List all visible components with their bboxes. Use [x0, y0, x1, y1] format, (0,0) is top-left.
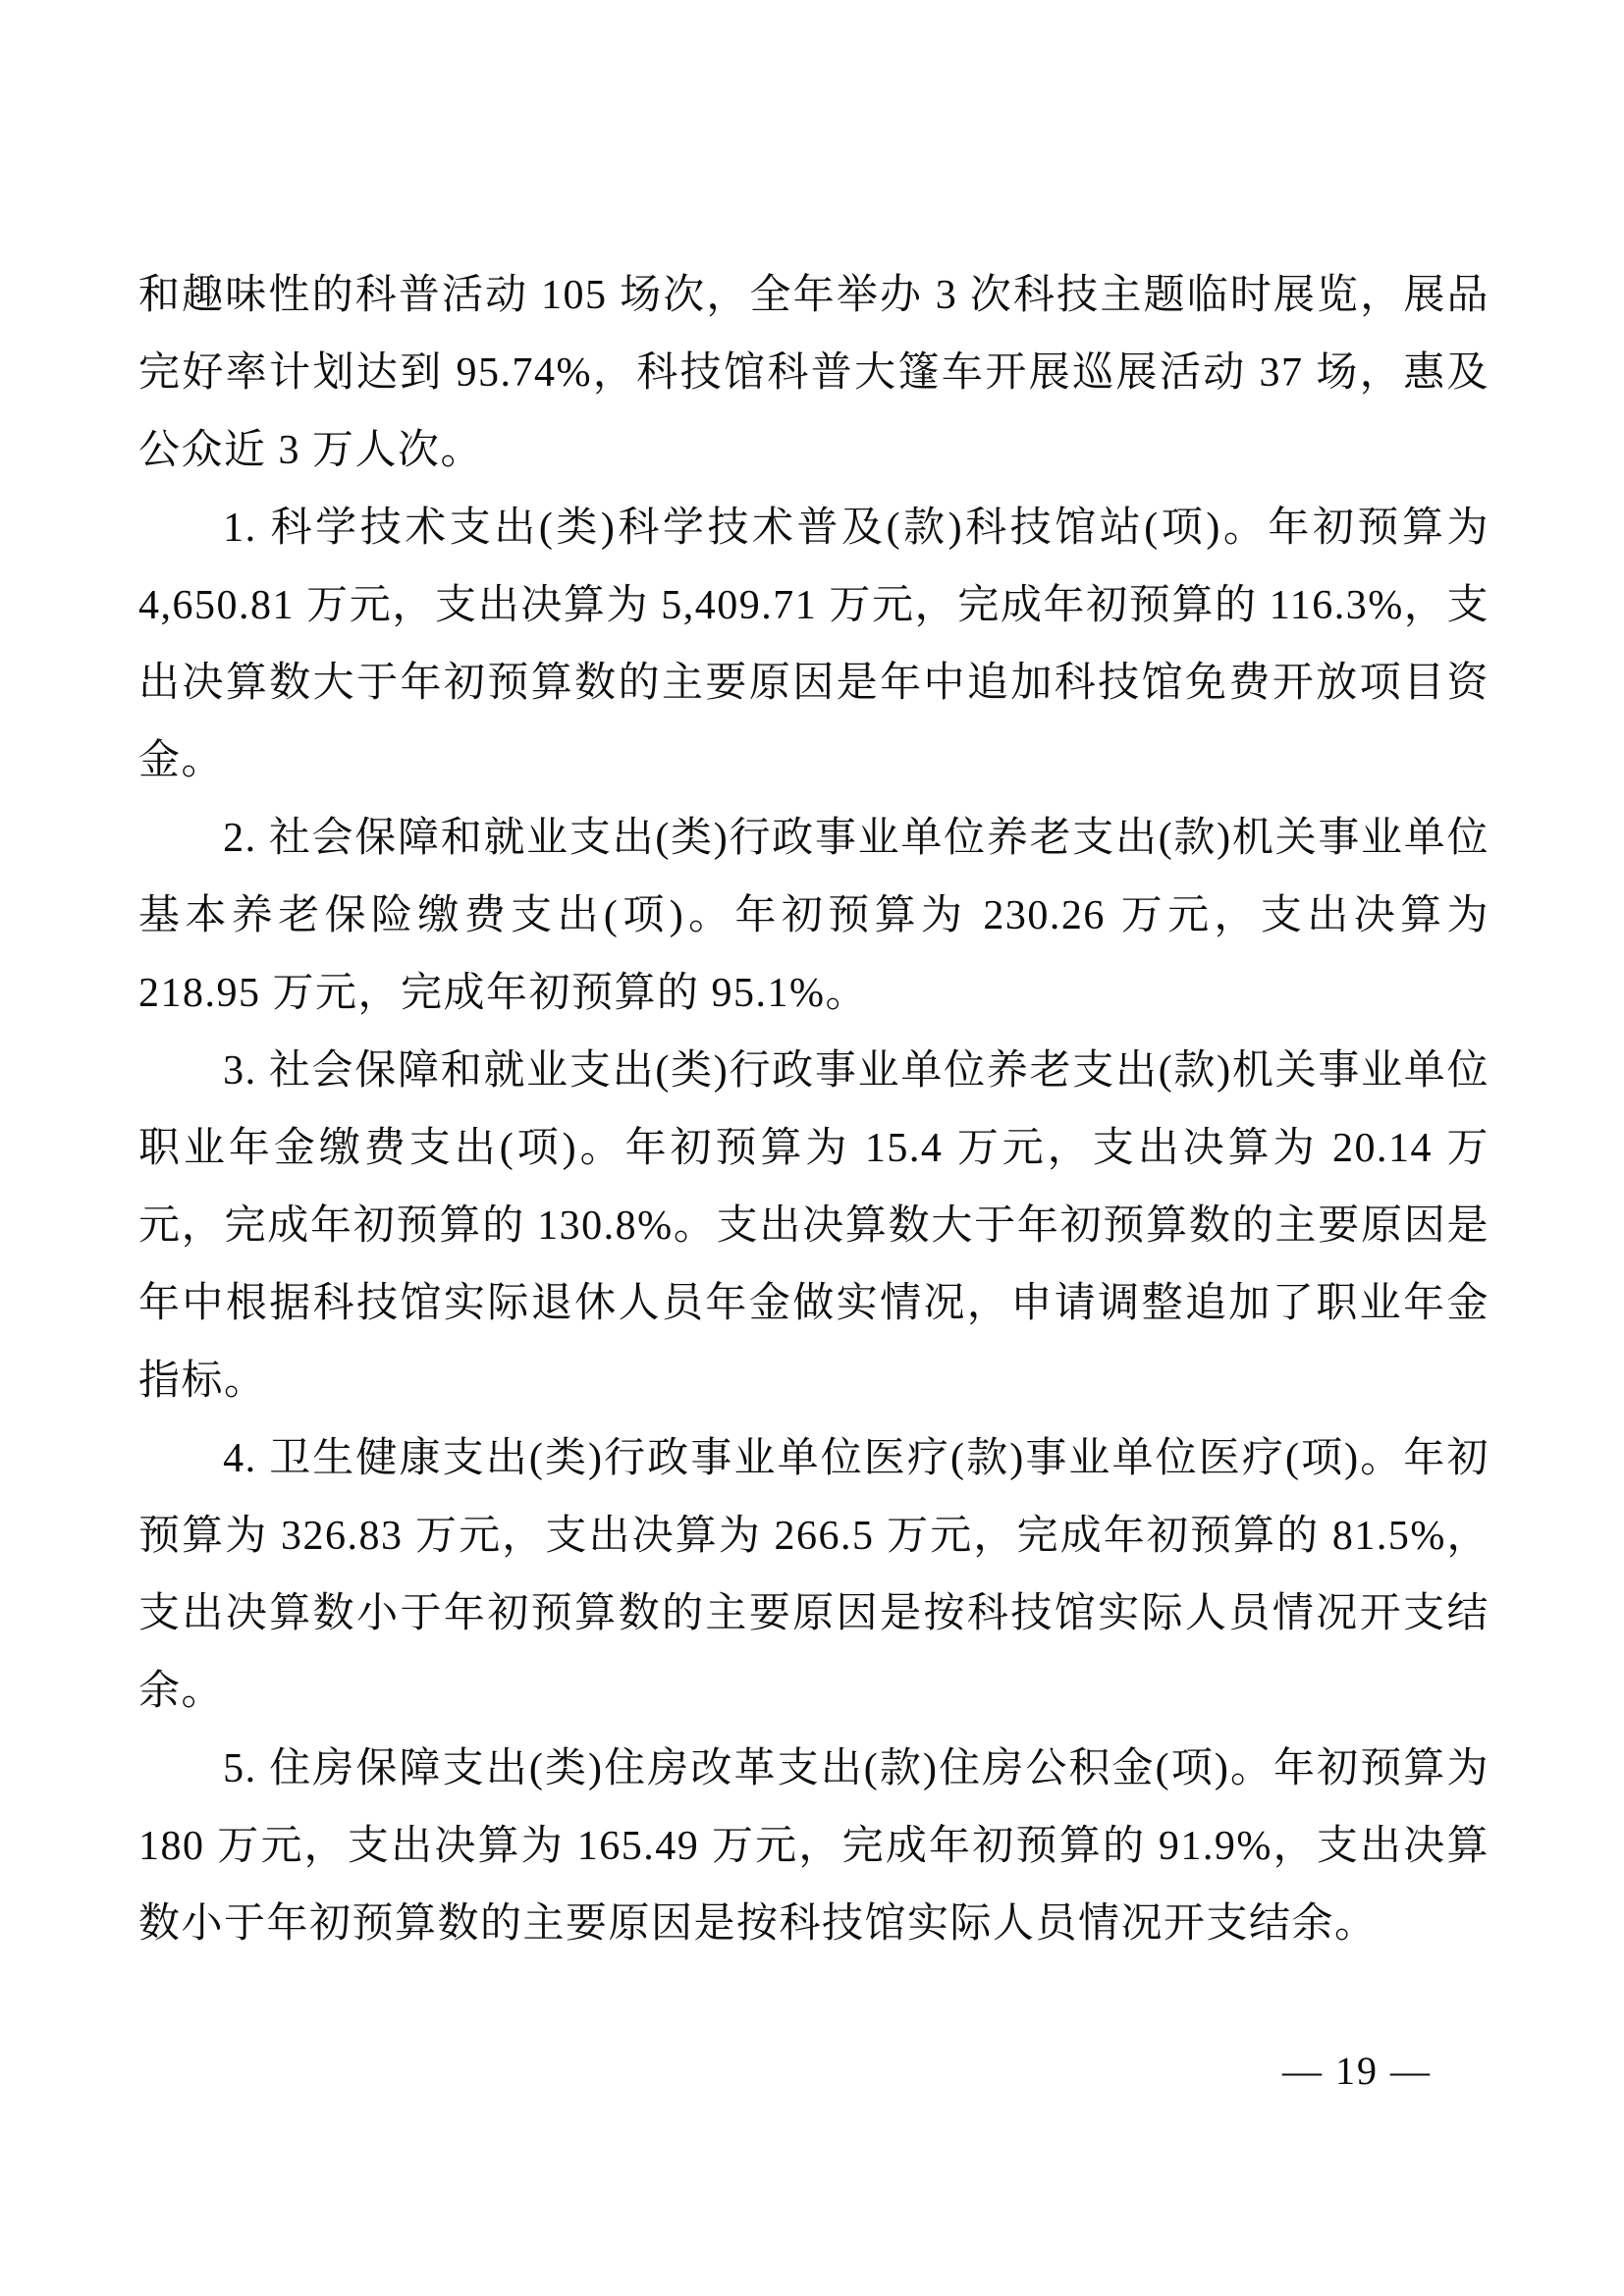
paragraph-item-5-housing-fund: 5. 住房保障支出(类)住房改革支出(款)住房公积金(项)。年初预算为 180 … [138, 1731, 1489, 1963]
document-page: 和趣味性的科普活动 105 场次，全年举办 3 次科技主题临时展览，展品完好率计… [0, 0, 1624, 2296]
paragraph-item-1-science-tech-expense: 1. 科学技术支出(类)科学技术普及(款)科技馆站(项)。年初预算为 4,650… [138, 490, 1489, 800]
page-number: — 19 — [1282, 2044, 1432, 2099]
paragraph-item-3-occupational-annuity: 3. 社会保障和就业支出(类)行政事业单位养老支出(款)机关事业单位职业年金缴费… [138, 1033, 1489, 1420]
document-body: 和趣味性的科普活动 105 场次，全年举办 3 次科技主题临时展览，展品完好率计… [138, 257, 1489, 1963]
paragraph-item-2-pension-basic-insurance: 2. 社会保障和就业支出(类)行政事业单位养老支出(款)机关事业单位基本养老保险… [138, 800, 1489, 1033]
paragraph-continuation: 和趣味性的科普活动 105 场次，全年举办 3 次科技主题临时展览，展品完好率计… [138, 257, 1489, 490]
paragraph-item-4-health-expense: 4. 卫生健康支出(类)行政事业单位医疗(款)事业单位医疗(项)。年初预算为 3… [138, 1420, 1489, 1731]
